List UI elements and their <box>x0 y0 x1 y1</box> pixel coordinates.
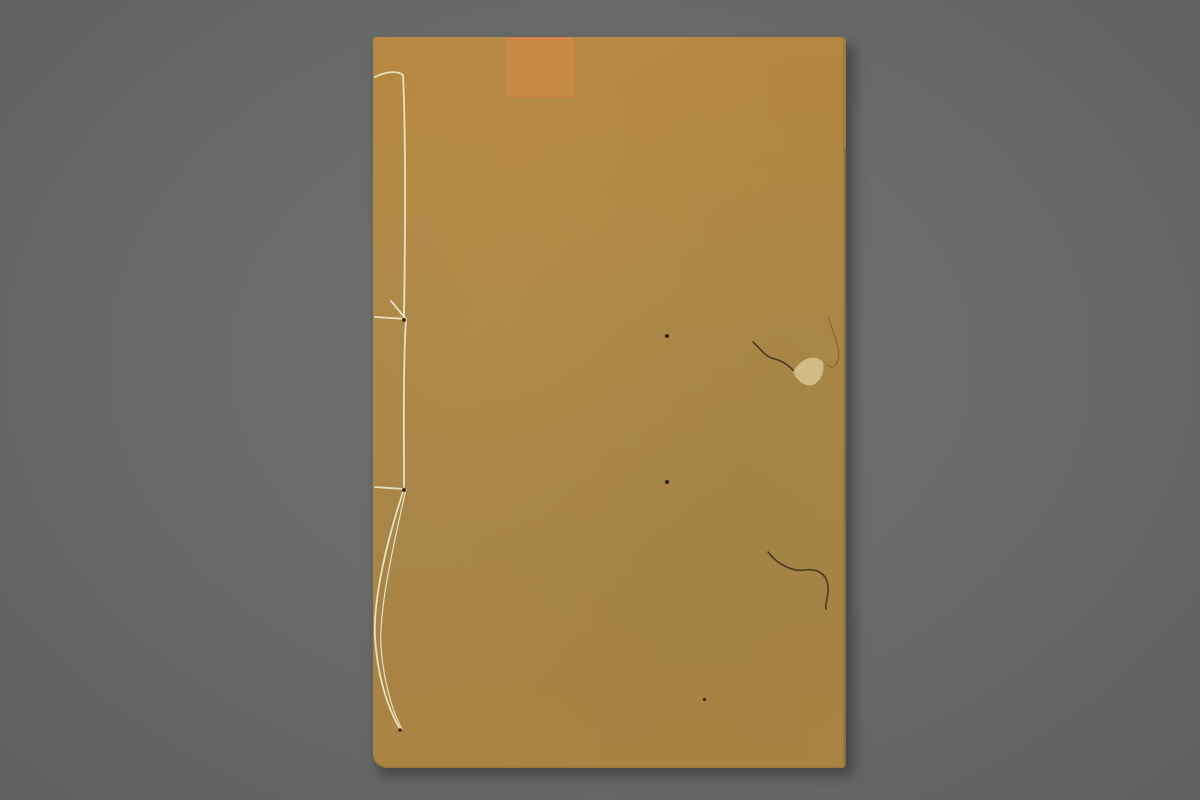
book-cover <box>373 37 846 768</box>
damaged-edge <box>373 37 846 768</box>
